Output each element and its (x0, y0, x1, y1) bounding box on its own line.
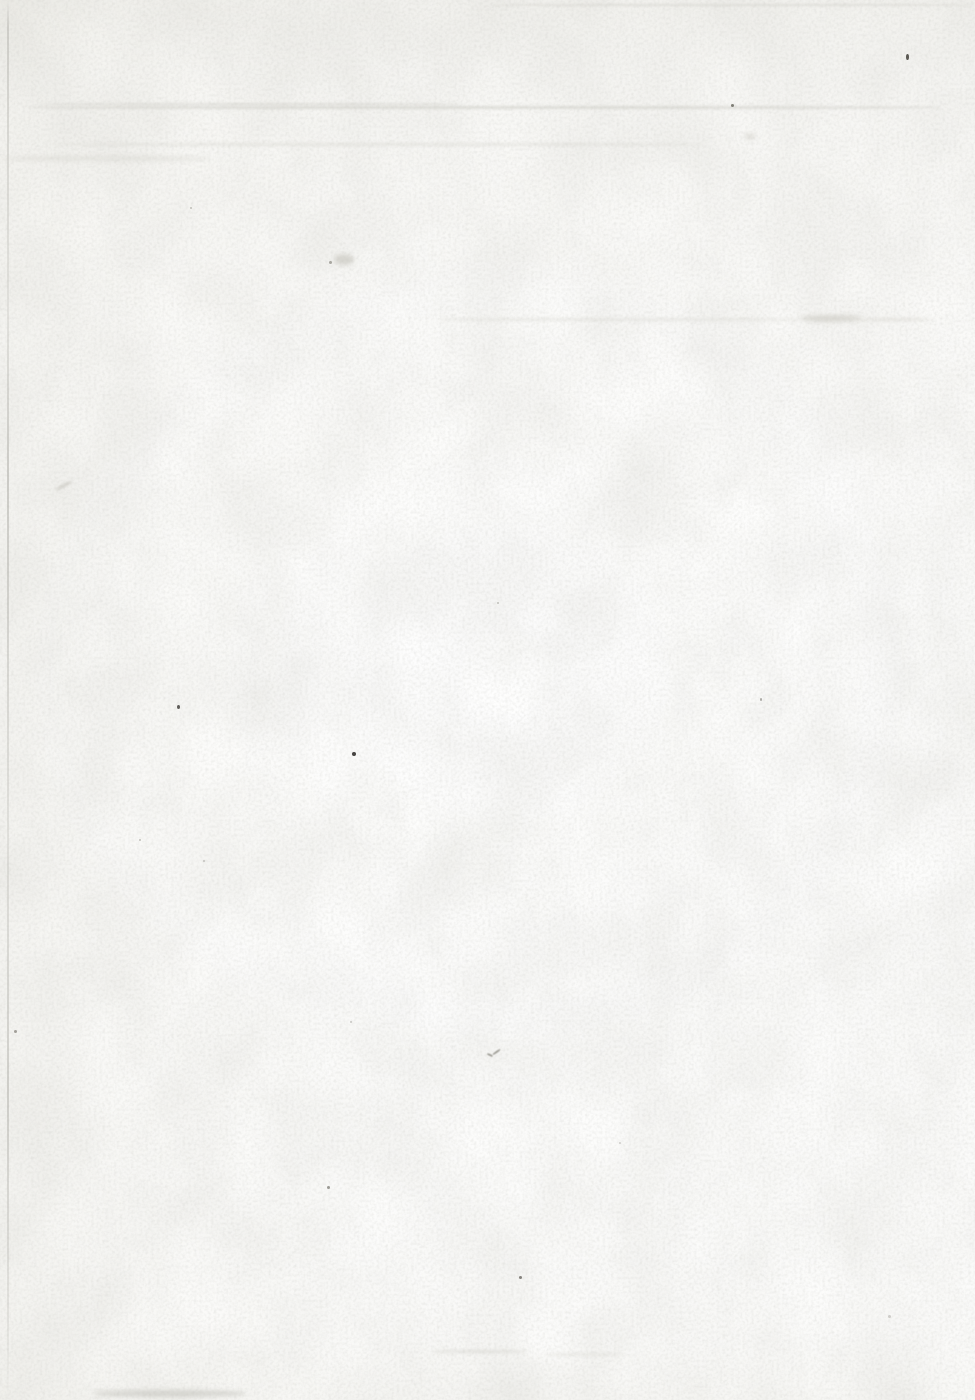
speck (352, 752, 356, 756)
smudge (858, 318, 933, 321)
streak (490, 4, 970, 6)
smudge (95, 1390, 245, 1397)
marks-layer (0, 0, 975, 1400)
speck (519, 1276, 522, 1279)
smudge (744, 133, 756, 140)
streak (55, 143, 705, 146)
speck (190, 207, 192, 209)
smudge (800, 315, 862, 322)
scanned-page (0, 0, 975, 1400)
speck (139, 839, 141, 841)
paper-shading (0, 0, 975, 1400)
speck (497, 602, 499, 604)
streak (0, 156, 210, 161)
streak (30, 106, 940, 109)
smudge (487, 1053, 493, 1057)
speck (731, 104, 734, 107)
page-edge-line (7, 0, 9, 1400)
streak (545, 1353, 625, 1356)
smudge (55, 480, 72, 491)
streak (432, 1350, 527, 1353)
speck (619, 1142, 621, 1144)
paper-texture (0, 0, 975, 1400)
smudge (492, 1049, 501, 1056)
streak (440, 318, 800, 321)
streak (40, 103, 460, 105)
speck (906, 54, 909, 60)
speck (203, 860, 205, 862)
speck (888, 1315, 891, 1318)
speck (177, 705, 180, 709)
speck (329, 261, 332, 264)
speck (14, 1030, 17, 1033)
speck (350, 1021, 352, 1023)
speck (327, 1186, 330, 1189)
smudge (334, 254, 354, 265)
speck (760, 698, 762, 701)
